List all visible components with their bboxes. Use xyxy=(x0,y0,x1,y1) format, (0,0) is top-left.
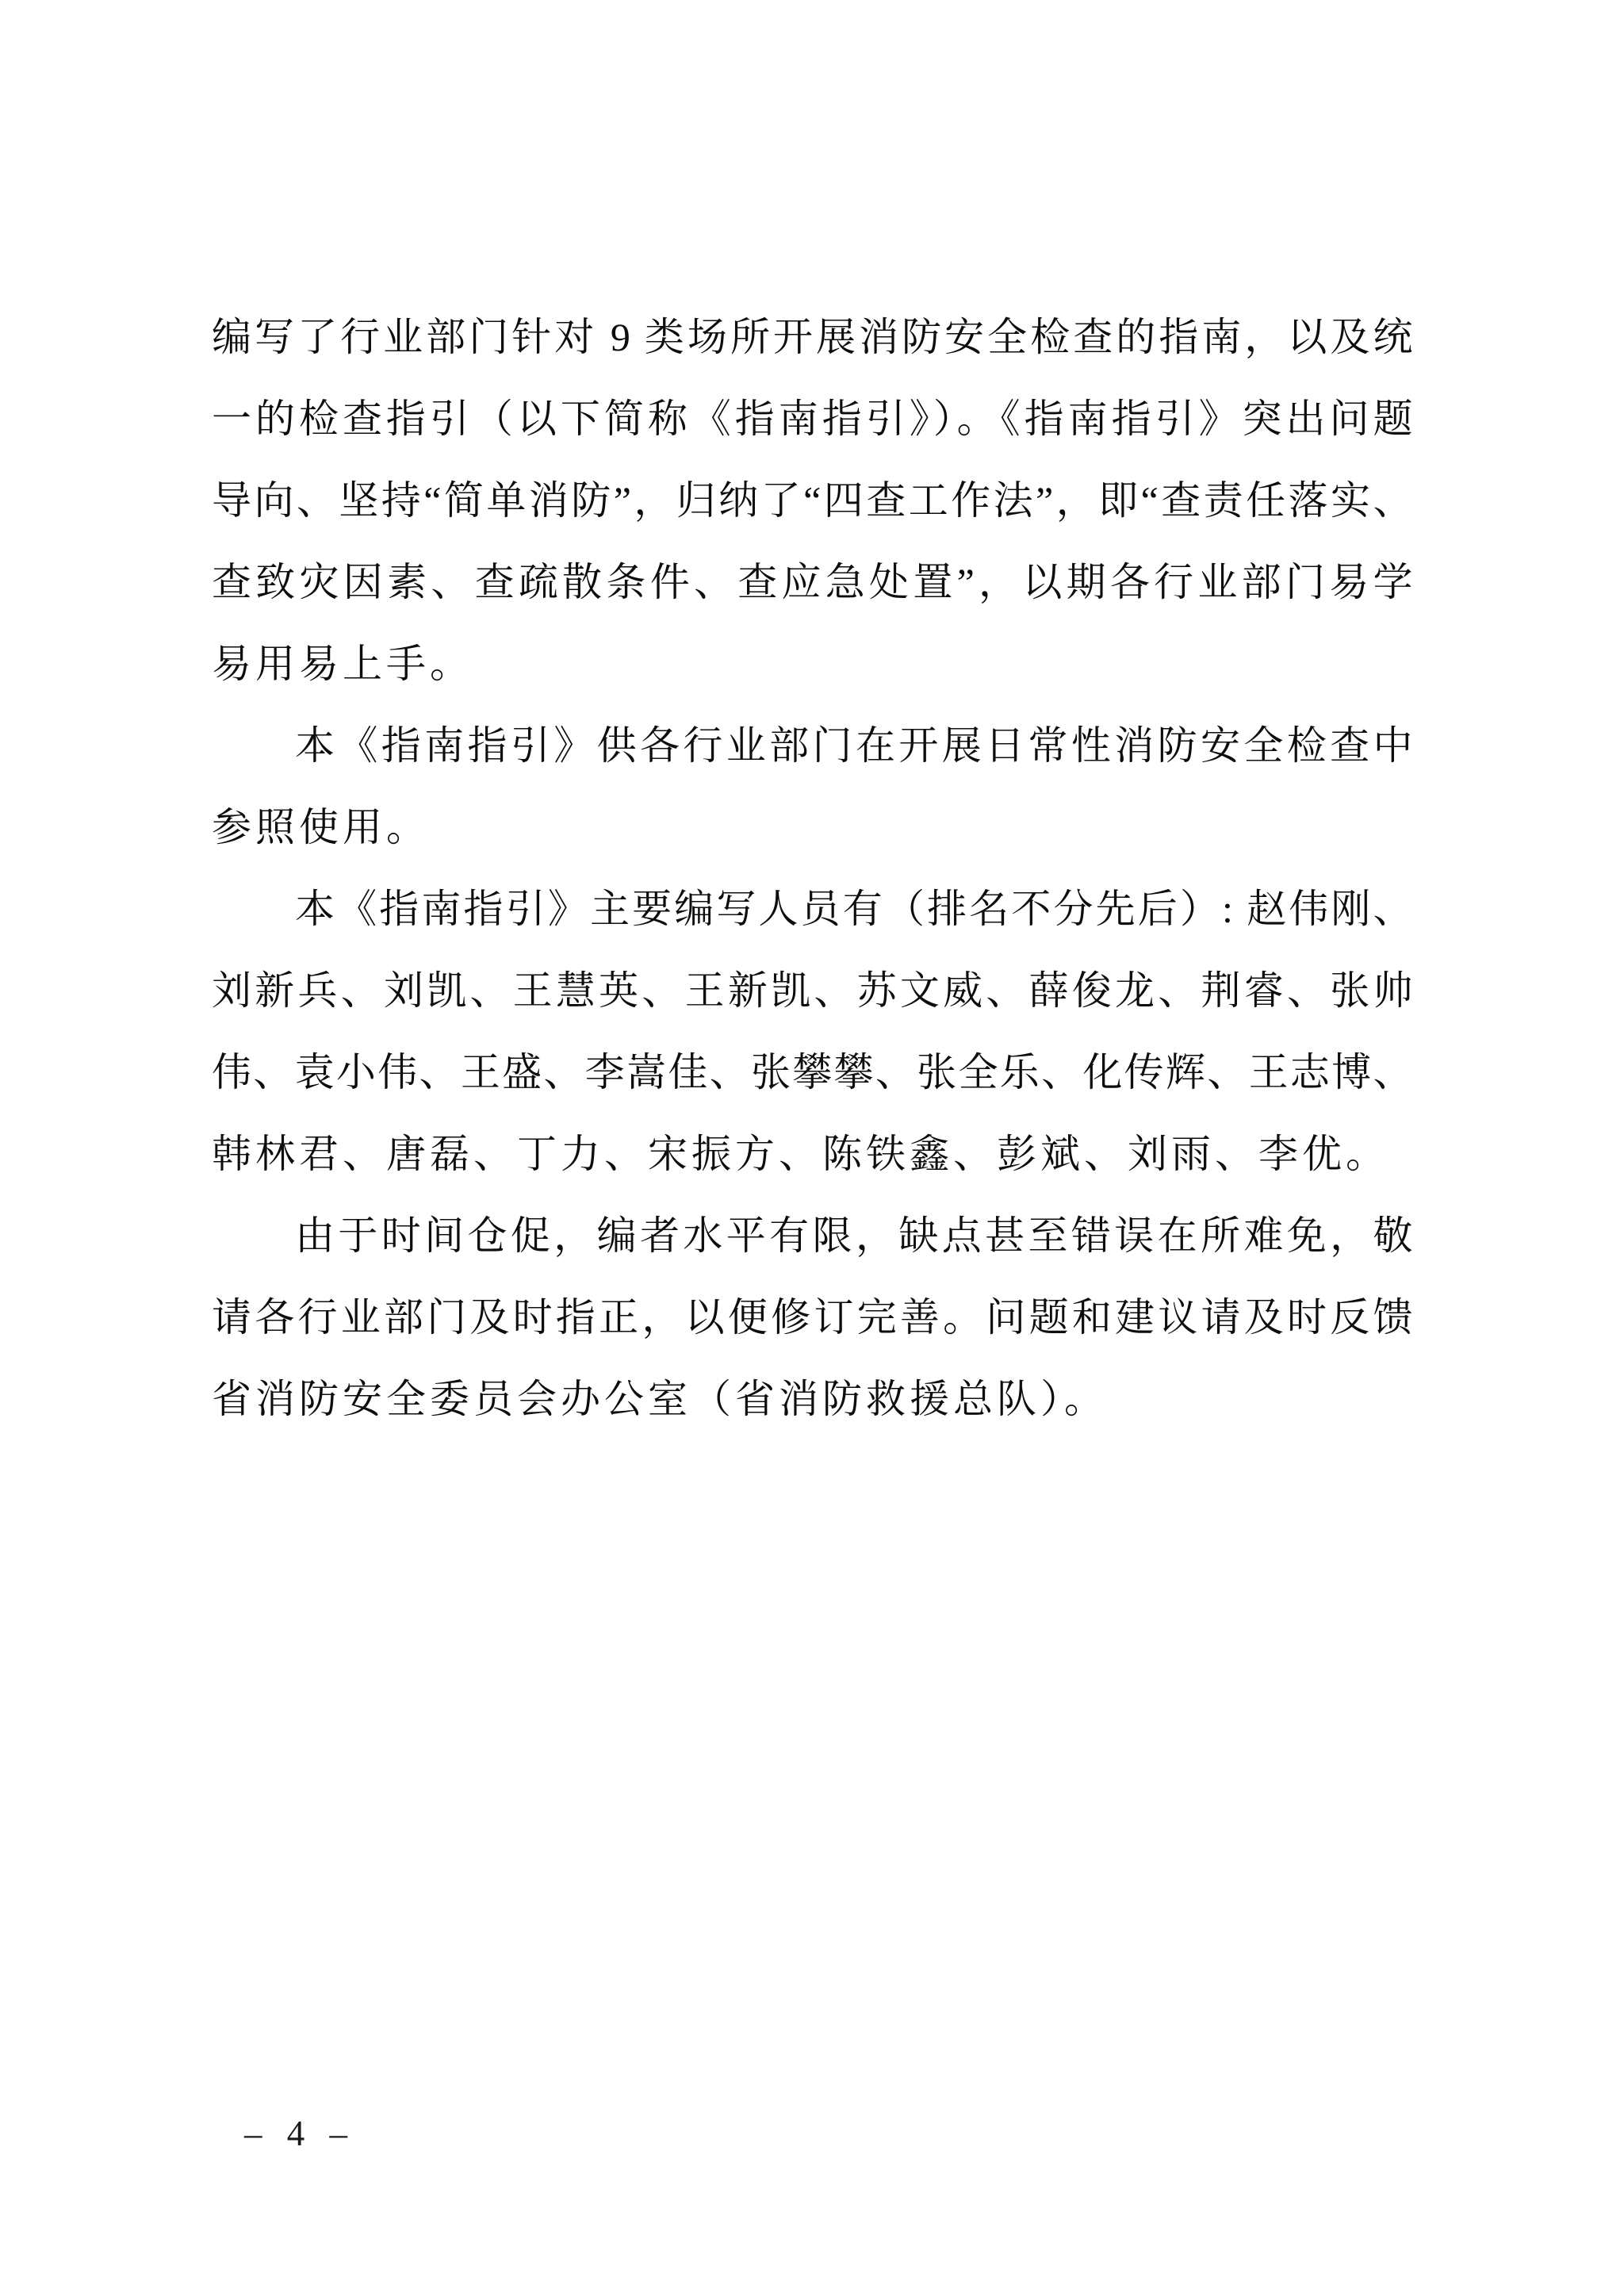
document-body: 编写了行业部门针对 9 类场所开展消防安全检查的指南，以及统 一的检查指引（以下… xyxy=(212,297,1414,1440)
body-line: 由于时间仓促，编者水平有限，缺点甚至错误在所难免，敬 xyxy=(212,1195,1414,1277)
body-line: 本《指南指引》供各行业部门在开展日常性消防安全检查中 xyxy=(212,705,1414,787)
body-line: 伟、袁小伟、王盛、李嵩佳、张攀攀、张全乐、化传辉、王志博、 xyxy=(212,1032,1414,1114)
body-line: 省消防安全委员会办公室（省消防救援总队）。 xyxy=(212,1359,1414,1440)
body-line: 刘新兵、刘凯、王慧英、王新凯、苏文威、薛俊龙、荆睿、张帅 xyxy=(212,950,1414,1032)
page-number: – 4 – xyxy=(244,2111,355,2156)
body-line: 本《指南指引》主要编写人员有（排名不分先后）: 赵伟刚、 xyxy=(212,868,1414,950)
body-line: 一的检查指引（以下简称《指南指引》）。《指南指引》突出问题 xyxy=(212,378,1414,460)
body-line: 导向、坚持“简单消防”，归纳了“四查工作法”，即“查责任落实、 xyxy=(212,460,1414,542)
body-line: 编写了行业部门针对 9 类场所开展消防安全检查的指南，以及统 xyxy=(212,297,1414,378)
document-page: 编写了行业部门针对 9 类场所开展消防安全检查的指南，以及统 一的检查指引（以下… xyxy=(0,0,1624,2296)
body-line: 查致灾因素、查疏散条件、查应急处置”，以期各行业部门易学 xyxy=(212,542,1414,623)
body-line: 请各行业部门及时指正，以便修订完善。问题和建议请及时反馈 xyxy=(212,1277,1414,1359)
body-line: 韩林君、唐磊、丁力、宋振方、陈铁鑫、彭斌、刘雨、李优。 xyxy=(212,1114,1414,1195)
body-line: 参照使用。 xyxy=(212,787,1414,868)
body-line: 易用易上手。 xyxy=(212,623,1414,705)
